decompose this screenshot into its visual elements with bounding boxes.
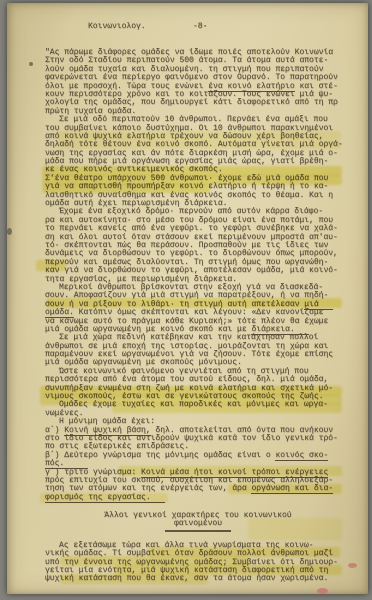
paper-sheet: Κοινωνιολογ. -8- "Ας πάρωμε διάφορες ομά… [7,3,368,594]
header-title: Κοινωνιολογ. [88,22,146,31]
text-line: Ομάδες έχομε τυχαίες και παροδικές και μ… [45,401,351,409]
text-line: β΄) Δεύτερο γνώρισμα της μόνιμης ομάδας … [45,452,351,460]
page-number: -8- [193,22,207,31]
document-lines: "Ας πάρωμε διάφορες ομάδες να ίδωμε ποιέ… [45,49,351,584]
text-line: ψυχική κατάσταση που θα έκανε, σαν τα άτ… [45,575,351,583]
text-line: φορισμός της εργασίας. [45,494,351,502]
scanned-typewritten-page: Κοινωνιολογ. -8- "Ας πάρωμε διάφορες ομά… [0,0,372,600]
heading-underline [165,530,231,532]
underlined-phrase: φορισμός της εργασίας. [45,493,165,503]
text-line: φαινομένου [45,520,351,528]
heading-rule-line [45,529,351,536]
